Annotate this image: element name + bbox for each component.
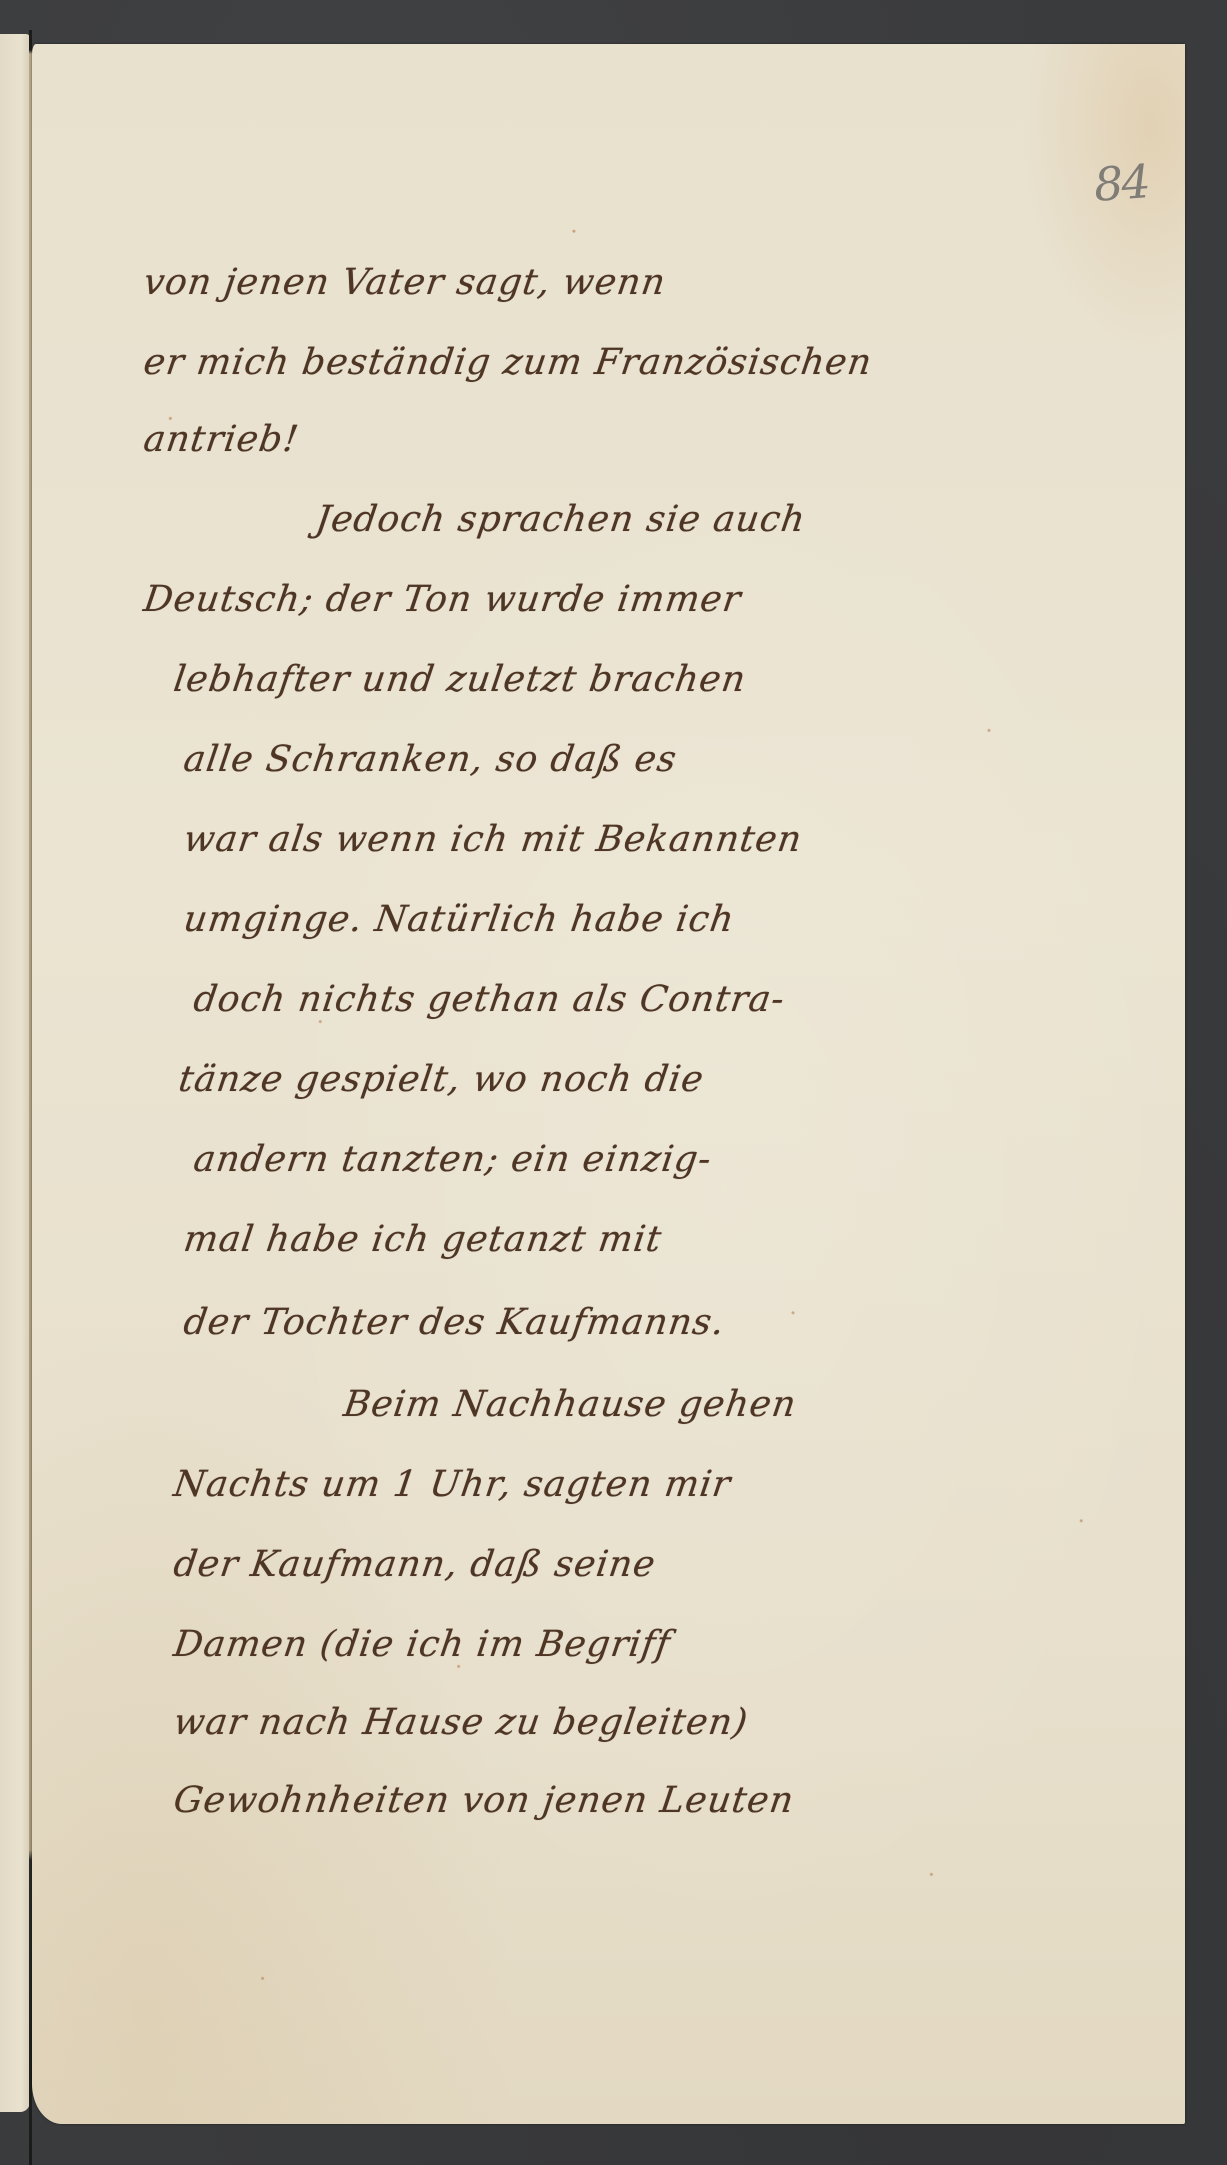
text-line: andern tanzten; ein einzig- xyxy=(191,1139,714,1180)
facing-page-edge xyxy=(0,34,30,2112)
text-line: doch nichts gethan als Contra- xyxy=(191,979,787,1020)
text-line: alle Schranken, so daß es xyxy=(181,739,679,780)
manuscript-page: 84 von jenen Vater sagt, wenn er mich be… xyxy=(32,44,1185,2124)
text-line: mal habe ich getanzt mit xyxy=(181,1219,665,1260)
text-line: lebhafter und zuletzt brachen xyxy=(171,659,749,700)
text-line: Gewohnheiten von jenen Leuten xyxy=(171,1780,797,1821)
text-line: er mich beständig zum Französischen xyxy=(141,342,875,383)
text-line: war nach Hause zu begleiten) xyxy=(171,1702,751,1743)
text-line: der Kaufmann, daß seine xyxy=(171,1544,658,1585)
text-line: tänze gespielt, wo noch die xyxy=(176,1059,707,1100)
text-line: der Tochter des Kaufmanns. xyxy=(181,1302,727,1343)
scan-viewport: 84 von jenen Vater sagt, wenn er mich be… xyxy=(0,0,1227,2165)
text-line: Jedoch sprachen sie auch xyxy=(313,499,808,540)
text-line: Nachts um 1 Uhr, sagten mir xyxy=(171,1464,733,1505)
folio-number: 84 xyxy=(1092,154,1150,212)
text-line: Beim Nachhause gehen xyxy=(341,1384,799,1425)
text-line: Damen (die ich im Begriff xyxy=(171,1624,673,1665)
text-line: antrieb! xyxy=(141,419,301,460)
text-line: von jenen Vater sagt, wenn xyxy=(141,262,668,303)
text-line: Deutsch; der Ton wurde immer xyxy=(141,579,744,620)
text-line: war als wenn ich mit Bekannten xyxy=(181,819,805,860)
text-line: umginge. Natürlich habe ich xyxy=(181,899,737,940)
